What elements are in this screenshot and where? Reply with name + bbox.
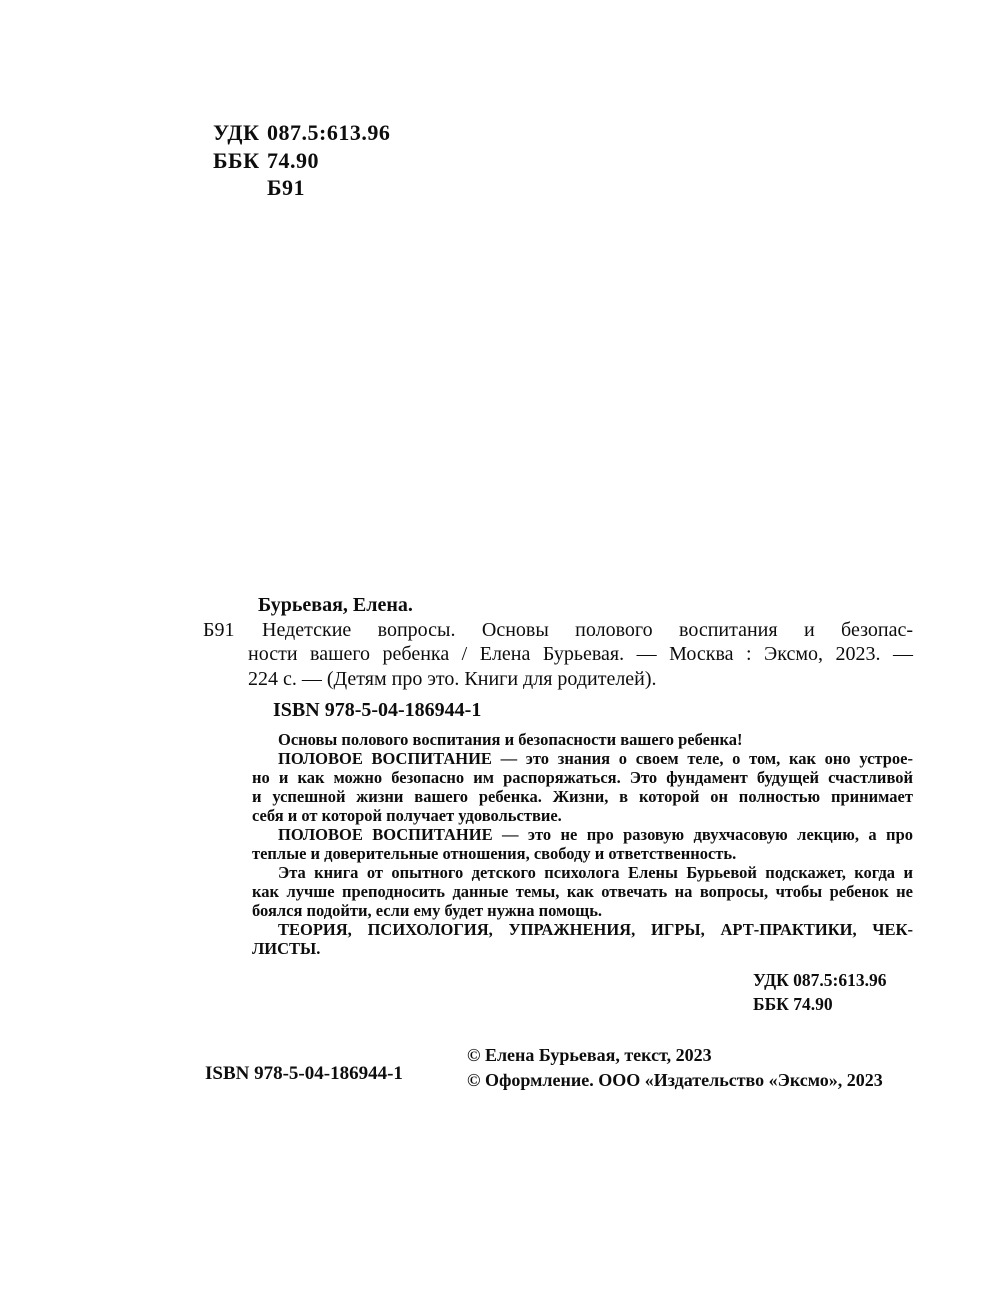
footer-isbn-number: ISBN 978-5-04-186944-1 bbox=[205, 1063, 403, 1085]
bbk-label: ББК bbox=[213, 147, 267, 175]
copyright-line: © Оформление. ООО «Издательство «Эксмо»,… bbox=[467, 1068, 883, 1093]
copyright-line: © Елена Бурьевая, текст, 2023 bbox=[467, 1043, 883, 1068]
catalog-card: Бурьевая, Елена. Б91 Недетские вопросы. … bbox=[203, 593, 913, 691]
annotation-line: теплые и доверительные отношения, свобод… bbox=[252, 844, 913, 863]
bottom-bbk: ББК 74.90 bbox=[753, 993, 887, 1017]
annotation-line: Эта книга от опытного детского психолога… bbox=[252, 863, 913, 882]
annotation-line: ПОЛОВОЕ ВОСПИТАНИЕ — это не про разовую … bbox=[252, 825, 913, 844]
catalog-code: Б91 bbox=[203, 618, 234, 643]
top-codes-block: УДК087.5:613.96 ББК74.90 Б91 bbox=[213, 119, 390, 202]
catalog-line: ности вашего ребенка / Елена Бурьевая. —… bbox=[248, 642, 913, 667]
annotation-line: и успешной жизни вашего ребенка. Жизни, … bbox=[252, 787, 913, 806]
annotation-line: себя и от которой получает удовольствие. bbox=[252, 806, 913, 825]
annotation-block: Основы полового воспитания и безопасност… bbox=[252, 730, 913, 958]
bottom-codes-block: УДК 087.5:613.96 ББК 74.90 bbox=[753, 969, 887, 1016]
author-heading: Бурьевая, Елена. bbox=[203, 593, 913, 618]
annotation-line: Основы полового воспитания и безопасност… bbox=[252, 730, 913, 749]
catalog-entry: Б91 Недетские вопросы. Основы полового в… bbox=[203, 618, 913, 692]
catalog-line: 224 с. — (Детям про это. Книги для родит… bbox=[248, 667, 913, 692]
annotation-line: ПОЛОВОЕ ВОСПИТАНИЕ — это знания о своем … bbox=[252, 749, 913, 768]
author-sign-code: Б91 bbox=[213, 174, 390, 202]
copyright-block: © Елена Бурьевая, текст, 2023© Оформлени… bbox=[467, 1043, 883, 1092]
catalog-line: Недетские вопросы. Основы полового воспи… bbox=[248, 618, 913, 643]
udk-value: 087.5:613.96 bbox=[267, 120, 390, 145]
udk-row: УДК087.5:613.96 bbox=[213, 119, 390, 147]
annotation-line: как лучше преподносить данные темы, как … bbox=[252, 882, 913, 901]
bottom-udk: УДК 087.5:613.96 bbox=[753, 969, 887, 993]
annotation-line: ЛИСТЫ. bbox=[252, 939, 913, 958]
annotation-line: но и как можно безопасно им распоряжатьс… bbox=[252, 768, 913, 787]
book-imprint-page: УДК087.5:613.96 ББК74.90 Б91 Бурьевая, Е… bbox=[0, 0, 986, 1299]
bbk-row: ББК74.90 bbox=[213, 147, 390, 175]
catalog-description: Недетские вопросы. Основы полового воспи… bbox=[248, 618, 913, 692]
isbn-number: ISBN 978-5-04-186944-1 bbox=[273, 699, 481, 722]
udk-label: УДК bbox=[213, 119, 267, 147]
annotation-line: ТЕОРИЯ, ПСИХОЛОГИЯ, УПРАЖНЕНИЯ, ИГРЫ, АР… bbox=[252, 920, 913, 939]
bbk-value: 74.90 bbox=[267, 148, 319, 173]
annotation-line: боялся подойти, если ему будет нужна пом… bbox=[252, 901, 913, 920]
